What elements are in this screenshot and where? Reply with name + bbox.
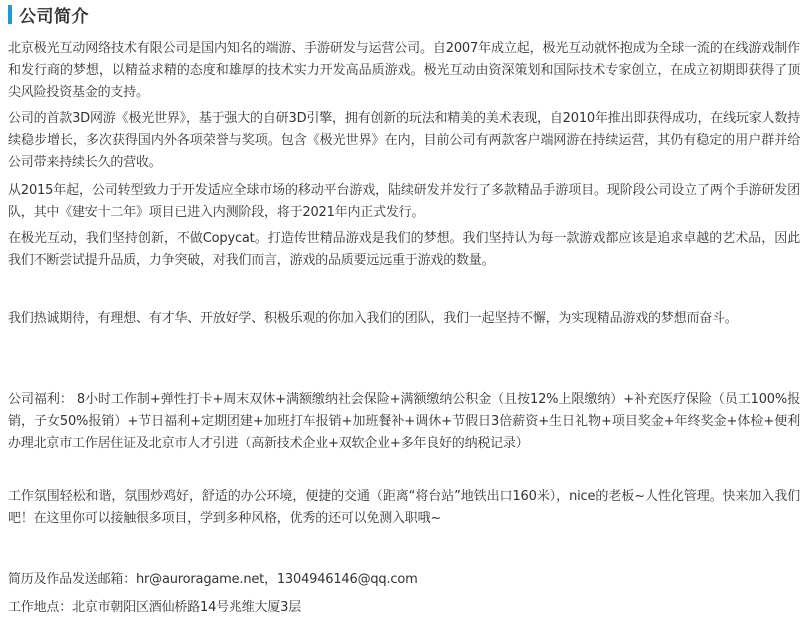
intro-paragraph-2: 公司的首款3D网游《极光世界》，基于强大的自研3D引擎，拥有创新的玩法和精美的美…	[8, 108, 800, 174]
environment-paragraph: 工作氛围轻松和谐，氛围炒鸡好，舒适的办公环境，便捷的交通（距离“将台站”地铁出口…	[8, 486, 800, 530]
recruit-paragraph: 我们热诚期待，有理想、有才华、开放好学、积极乐观的你加入我们的团队，我们一起坚持…	[8, 308, 800, 330]
section-heading: 公司简介	[8, 3, 89, 25]
company-intro-page: 公司简介 北京极光互动网络技术有限公司是国内知名的端游、手游研发与运营公司。自2…	[0, 0, 806, 622]
heading-accent-bar	[8, 5, 12, 24]
benefits-paragraph: 公司福利： 8小时工作制+弹性打卡+周末双休+满额缴纳社会保险+满额缴纳公积金（…	[8, 389, 800, 455]
work-address: 工作地点：北京市朝阳区酒仙桥路14号兆维大厦3层	[8, 597, 800, 619]
section-title: 公司简介	[19, 2, 89, 27]
intro-paragraph-4: 在极光互动，我们坚持创新，不做Copycat。打造传世精品游戏是我们的梦想。我们…	[8, 228, 800, 272]
contact-email: 简历及作品发送邮箱：hr@auroragame.net，1304946146@q…	[8, 569, 800, 591]
intro-paragraph-1: 北京极光互动网络技术有限公司是国内知名的端游、手游研发与运营公司。自2007年成…	[8, 38, 800, 104]
intro-paragraph-3: 从2015年起，公司转型致力于开发适应全球市场的移动平台游戏，陆续研发并发行了多…	[8, 180, 800, 224]
